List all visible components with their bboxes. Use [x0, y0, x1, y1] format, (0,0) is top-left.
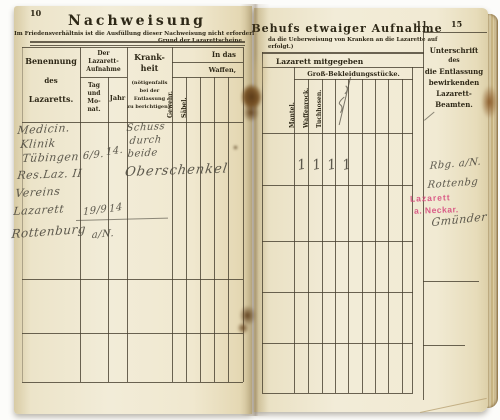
col-krankheit-note-3: Entlassung [127, 96, 172, 102]
grid-line [423, 345, 465, 346]
sig-header-2: des [423, 57, 485, 64]
hw-date2-day: 19/9 [83, 204, 107, 219]
hw-lazarett-name-6: Lazarett [13, 202, 65, 218]
col-aufnahme-3: Aufnahme [80, 66, 127, 73]
corner-fold-line [420, 398, 487, 413]
col-krankheit-note-4: zu berichtigen). [127, 104, 172, 110]
col-krankheit-1: Krank- [127, 52, 172, 62]
grid-line [375, 79, 376, 393]
grid-line [262, 52, 263, 393]
col-tag-4: nat. [80, 106, 108, 113]
col-krankheit-2: heit [127, 63, 172, 73]
right-page: Behufs etwaiger Aufnahme 11 15 da die Ue… [254, 8, 488, 412]
col-waffenrock: Waffenrock. [303, 88, 311, 128]
page-number-right: 11 [416, 19, 427, 29]
col-krankheit-note-2: bei der [127, 88, 172, 94]
col-mantel: Mantel. [289, 102, 297, 128]
hw-flourish [76, 218, 168, 221]
subtitle-line1: Im Friedensverhältnis ist die Ausfüllung… [14, 31, 266, 37]
tally-3: 1 [326, 156, 338, 173]
grid-line [412, 67, 413, 393]
section-label: Lazarett mitgegeben [276, 57, 363, 66]
col-benennung-3: Lazaretts. [22, 94, 80, 104]
col-gewehr: Gewehr. [167, 91, 175, 118]
militaerpass-scan: 10 Nachweisung Im Friedensverhältnis ist… [0, 0, 500, 420]
col-tuchhosen: Tuchhosen. [316, 90, 324, 128]
hw-lazarett-name-5: Vereins [15, 185, 61, 200]
grid-line [22, 333, 243, 334]
grid-line [22, 382, 243, 383]
grid-line [22, 279, 243, 280]
col-benennung-1: Benennung [22, 56, 80, 66]
ink-spot [233, 145, 238, 150]
col-jahr: Jahr [108, 94, 127, 102]
hw-date1-day: 6/9. [83, 149, 105, 162]
corner-page-number: 15 [451, 19, 462, 29]
grid-line [262, 241, 413, 242]
grid-line [402, 79, 403, 393]
grid-line [262, 393, 413, 394]
ink-stain [237, 322, 249, 334]
grid-line [423, 32, 487, 33]
hw-lazarett-name-4: Res.Laz. II [17, 167, 83, 182]
col-aufnahme-1: Der [80, 50, 127, 57]
col-benennung-2: des [22, 76, 80, 85]
grid-line [172, 62, 243, 63]
check-slash [424, 112, 435, 121]
hw-diagnosis-1: Schuss [126, 121, 166, 134]
col-krankheit-note-1: (nötigenfalls [127, 80, 172, 86]
hw-lazarett-name-2: Klinik [20, 137, 57, 151]
paper-stain [250, 52, 270, 98]
hw-sig-line2: Rottenbg [427, 176, 478, 191]
col-tag-3: Mo- [80, 98, 108, 105]
right-note-1: da die Ueberweisung von Kranken an die L… [268, 37, 437, 43]
right-page-title: Behufs etwaiger Aufnahme [251, 22, 442, 35]
grid-line [22, 47, 243, 48]
sig-header-6: Beamten. [423, 100, 485, 109]
grid-line [262, 343, 413, 344]
handwritten-column-label [326, 72, 364, 132]
edge-stain [481, 85, 498, 119]
sig-header-4: bewirkenden [423, 78, 485, 87]
grid-line [262, 67, 424, 68]
grid-line [172, 77, 243, 78]
hw-lazarett-name-3: Tübingen [22, 150, 80, 165]
hw-date2-year: 14 [109, 202, 123, 215]
group-waffen: Waffen, [172, 66, 236, 74]
stamp-line1: Lazarett [410, 192, 451, 203]
hw-place-suffix: a/N. [91, 228, 114, 241]
hw-date1-year: 14. [106, 145, 123, 159]
col-tag-1: Tag [80, 82, 108, 89]
sig-header-1: Unterschrift [423, 46, 485, 55]
grid-line [262, 185, 413, 186]
hw-lazarett-name-1: Medicin. [17, 121, 71, 137]
right-note-2: erfolgt.) [268, 44, 293, 50]
hw-sig-line1: Rbg. a/N. [429, 156, 481, 172]
grid-line [388, 79, 389, 393]
grid-line [423, 281, 479, 282]
tally-1: 1 [296, 156, 308, 173]
grid-line [262, 133, 413, 134]
grid-line [262, 52, 424, 54]
tally-4: 1 [341, 156, 353, 173]
sig-header-5: Lazarett- [423, 89, 485, 98]
col-tag-2: und [80, 90, 108, 97]
hw-diagnosis-2: durch [129, 134, 162, 147]
hw-diagnosis-3: beide [127, 147, 158, 160]
group-in-das: In das [172, 50, 236, 59]
grid-line [80, 77, 127, 78]
page-number-left: 10 [30, 8, 41, 18]
left-page: 10 Nachweisung Im Friedensverhältnis ist… [14, 6, 252, 414]
col-saebel: Säbel. [181, 97, 189, 118]
col-aufnahme-2: Lazarett- [80, 58, 127, 65]
grid-line [262, 292, 413, 293]
sig-header-3: die Entlassung [423, 67, 485, 76]
page-title: Nachweisung [68, 13, 206, 29]
ink-stain [243, 103, 259, 122]
